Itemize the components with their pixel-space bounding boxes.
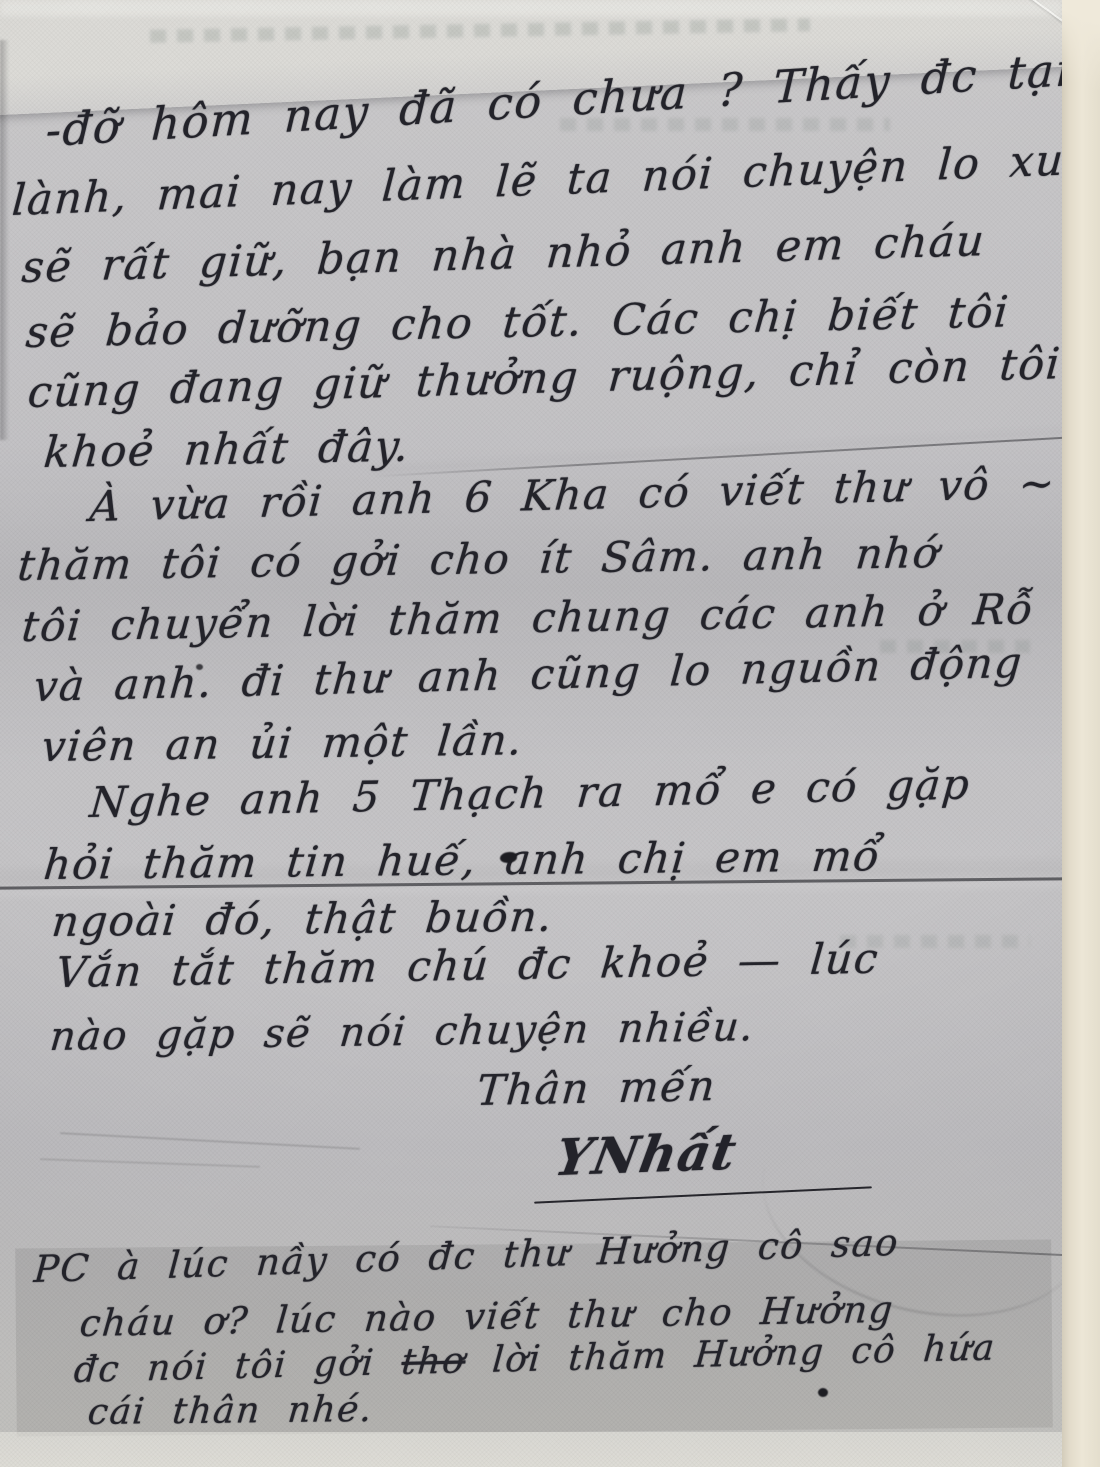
- book-page-edge: [1060, 0, 1100, 1467]
- letter-line: ngoài đó, thật buồn.: [50, 892, 556, 946]
- signature: YNhất: [551, 1121, 742, 1187]
- ink-blot: [196, 664, 203, 670]
- letter-photograph: -đỡ hôm nay đã có chưa ? Thấy đc tạmlành…: [0, 0, 1100, 1467]
- letter-line: khoẻ nhất đây.: [42, 422, 412, 478]
- closing-line: Thân mến: [475, 1061, 718, 1115]
- letter-photo: -đỡ hôm nay đã có chưa ? Thấy đc tạmlành…: [0, 0, 1062, 1467]
- ink-blot: [818, 1388, 828, 1397]
- ps-line: cái thân nhé.: [86, 1389, 375, 1433]
- struck-out-word: thơ: [400, 1340, 467, 1383]
- letter-line: hỏi thăm tin huế, anh chị em mổ: [42, 831, 883, 889]
- ps-text: đc nói tôi gởi: [72, 1342, 403, 1391]
- letter-line: viên an ủi một lần.: [40, 715, 526, 771]
